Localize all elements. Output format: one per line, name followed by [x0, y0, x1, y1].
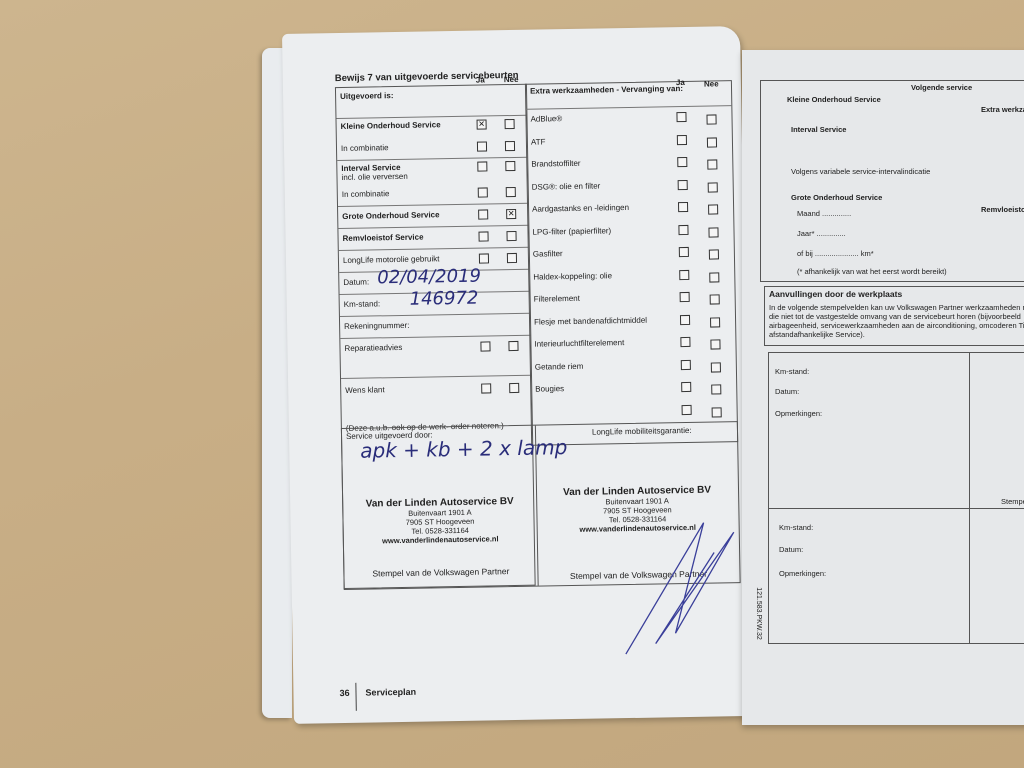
- extra-row: Interieurluchtfilterelement: [534, 338, 624, 349]
- checkbox[interactable]: [506, 187, 516, 197]
- checkbox[interactable]: [508, 341, 518, 351]
- checkbox[interactable]: [505, 161, 515, 171]
- checkbox[interactable]: [680, 292, 690, 302]
- ja-header: Ja: [676, 78, 685, 87]
- rekening-label: Rekeningnummer:: [344, 321, 410, 331]
- km-label-2: Km-stand:: [779, 523, 813, 532]
- remvl-label: Remvloeistof Service: [981, 205, 1024, 214]
- checkbox[interactable]: [706, 114, 716, 124]
- checkbox[interactable]: [711, 384, 721, 394]
- stamp-area: Service uitgevoerd door: apk + kb + 2 x …: [341, 421, 741, 590]
- section-name: Serviceplan: [365, 687, 416, 698]
- service-row: In combinatie: [342, 189, 390, 199]
- datum-label: Datum:: [343, 278, 369, 287]
- km-label-1: Km-stand:: [775, 367, 809, 376]
- datum-handwriting: 02/04/2019: [377, 266, 481, 289]
- dealer-stamp-left: Van der Linden Autoservice BVBuitenvaart…: [343, 496, 537, 546]
- next-service-table: Volgende service Kleine Onderhoud Servic…: [760, 80, 1024, 282]
- right-page: Volgende service Kleine Onderhoud Servic…: [742, 50, 1024, 725]
- opm-label-2: Opmerkingen:: [779, 569, 826, 578]
- checkbox[interactable]: [478, 209, 488, 219]
- service-record-form: Bewijs 7 van uitgevoerde servicebeurten …: [313, 66, 718, 84]
- extra-work-table: Extra werkzaamheden - Vervanging van:JaN…: [525, 80, 738, 446]
- maand-field: Maand ..............: [797, 209, 851, 218]
- checkbox[interactable]: [710, 294, 720, 304]
- checkbox[interactable]: [682, 404, 692, 414]
- variabele-label: Volgens variabele service-intervalindica…: [791, 167, 930, 176]
- col-header: Uitgevoerd is:: [340, 91, 393, 101]
- checkbox[interactable]: [708, 227, 718, 237]
- checkbox[interactable]: [679, 269, 689, 279]
- checkbox[interactable]: [505, 141, 515, 151]
- opm-label-1: Opmerkingen:: [775, 409, 822, 418]
- checkbox[interactable]: [707, 137, 717, 147]
- checkbox[interactable]: [678, 224, 688, 234]
- extra-row: Bougies: [535, 384, 564, 394]
- service-sub: incl. olie verversen: [341, 172, 407, 182]
- km-label: Km-stand:: [344, 299, 381, 309]
- checkbox[interactable]: [477, 161, 487, 171]
- checkbox[interactable]: [710, 317, 720, 327]
- extra-row: Getande riem: [535, 361, 584, 371]
- checkbox[interactable]: [678, 179, 688, 189]
- aanvullingen-box: Aanvullingen door de werkplaats In de vo…: [764, 286, 1024, 346]
- signature: [613, 512, 746, 664]
- nee-header: Nee: [704, 79, 719, 88]
- longlife-label: LongLife mobiliteitsgarantie:: [592, 426, 692, 437]
- aanvullingen-text: In de volgende stempelvelden kan uw Volk…: [769, 303, 1024, 339]
- extra-header: Extra werkzaamheden - Vervanging van:: [530, 84, 683, 96]
- checkbox[interactable]: [709, 249, 719, 259]
- checkbox[interactable]: [707, 159, 717, 169]
- extra-row: DSG®: olie en filter: [532, 181, 601, 191]
- checkbox[interactable]: ✕: [477, 119, 487, 129]
- checkbox[interactable]: [677, 157, 687, 167]
- checkbox[interactable]: [711, 362, 721, 372]
- extra-row: LPG-filter (papierfilter): [532, 226, 611, 236]
- checkbox[interactable]: [478, 231, 488, 241]
- interval-label: Interval Service: [791, 125, 846, 134]
- extra-row: Haldex-koppeling: olie: [533, 271, 612, 281]
- checkbox[interactable]: [676, 112, 686, 122]
- stempel-label: Stempel: [1001, 497, 1024, 506]
- checkbox[interactable]: [680, 314, 690, 324]
- checkbox[interactable]: [478, 187, 488, 197]
- extra-row: Brandstoffilter: [531, 159, 580, 169]
- service-row: Kleine Onderhoud Service: [341, 120, 441, 131]
- checkbox[interactable]: [681, 359, 691, 369]
- extra-label: Extra werkzaamheden: [981, 105, 1024, 114]
- page-number: 36: [339, 688, 349, 698]
- checkbox[interactable]: [677, 134, 687, 144]
- left-page: Bewijs 7 van uitgevoerde servicebeurten …: [282, 26, 752, 724]
- checkbox[interactable]: [709, 272, 719, 282]
- grote-label: Grote Onderhoud Service: [791, 193, 882, 202]
- footnote: (* afhankelijk van wat het eerst wordt b…: [797, 267, 947, 276]
- checkbox[interactable]: [708, 204, 718, 214]
- checkbox[interactable]: [509, 383, 519, 393]
- workshop-stamp-fields: Km-stand: Datum: Opmerkingen: Stempel Km…: [768, 352, 1024, 644]
- extra-row: Aardgastanks en -leidingen: [532, 203, 629, 214]
- wens-label: Wens klant: [345, 385, 385, 395]
- checkbox[interactable]: [507, 253, 517, 263]
- service-row: LongLife motorolie gebruikt: [343, 254, 440, 265]
- extra-row: Filterelement: [534, 294, 580, 304]
- jaar-field: Jaar* ..............: [797, 229, 846, 238]
- checkbox[interactable]: ✕: [506, 209, 516, 219]
- reparatie-label: Reparatieadvies: [344, 343, 402, 353]
- km-field: of bij ..................... km*: [797, 249, 874, 258]
- service-row: In combinatie: [341, 143, 389, 153]
- service-row: Grote Onderhoud Service: [342, 210, 440, 221]
- kleine-label: Kleine Onderhoud Service: [787, 95, 881, 104]
- extra-row: AdBlue®: [530, 114, 562, 124]
- datum-label-2: Datum:: [779, 545, 803, 554]
- checkbox[interactable]: [681, 382, 691, 392]
- checkbox[interactable]: [712, 407, 722, 417]
- checkbox[interactable]: [480, 341, 490, 351]
- checkbox[interactable]: [708, 182, 718, 192]
- form-code: 121.583.PKW.32: [755, 587, 762, 640]
- ja-header: Ja: [476, 75, 485, 84]
- service-row: Remvloeistof Service: [342, 233, 423, 243]
- next-service-header: Volgende service: [911, 83, 972, 92]
- datum-label-1: Datum:: [775, 387, 799, 396]
- extra-row: Flesje met bandenafdichtmiddel: [534, 315, 647, 326]
- km-handwriting: 146972: [409, 288, 478, 310]
- aanvullingen-title: Aanvullingen door de werkplaats: [769, 289, 902, 299]
- nee-header: Nee: [504, 75, 519, 84]
- checkbox[interactable]: [477, 141, 487, 151]
- checkbox[interactable]: [710, 339, 720, 349]
- checkbox[interactable]: [505, 119, 515, 129]
- checkbox[interactable]: [680, 337, 690, 347]
- stamp-caption-left: Stempel van de Volkswagen Partner: [344, 566, 537, 579]
- checkbox[interactable]: [678, 202, 688, 212]
- checkbox[interactable]: [506, 231, 516, 241]
- extra-row: ATF: [531, 137, 546, 146]
- checkbox[interactable]: [481, 383, 491, 393]
- extra-row: Gasfilter: [533, 249, 563, 259]
- checkbox[interactable]: [679, 247, 689, 257]
- checkbox[interactable]: [479, 253, 489, 263]
